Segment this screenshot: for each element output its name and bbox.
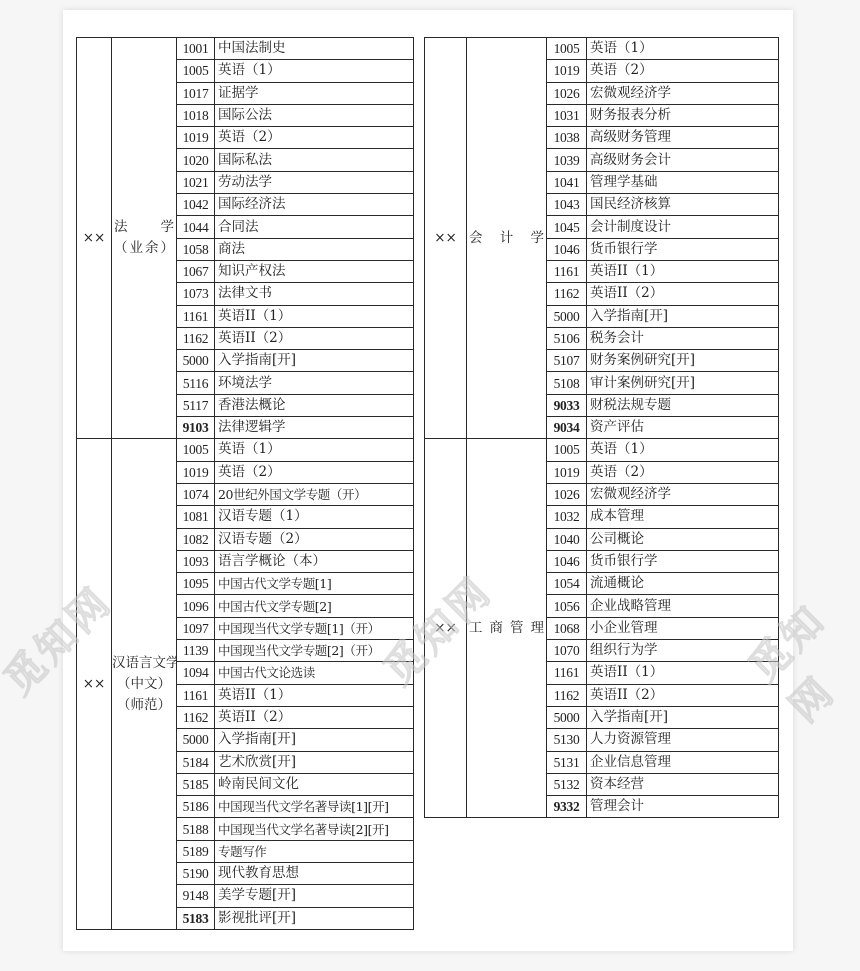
major-name-line: 法 学	[112, 217, 176, 238]
left-course-table: ××法 学（业余）1001中国法制史1005英语（1）1017证据学1018国际…	[76, 37, 414, 930]
course-code: 1161	[547, 260, 587, 282]
course-name: 宏微观经济学	[587, 82, 779, 104]
course-name: 国际私法	[215, 149, 414, 171]
course-code: 1001	[177, 38, 215, 60]
course-name: 高级财务管理	[587, 127, 779, 149]
course-code: 1095	[177, 573, 215, 595]
course-name: 英语（2）	[215, 461, 414, 483]
course-code: 1046	[547, 238, 587, 260]
course-name: 国民经济核算	[587, 194, 779, 216]
course-code: 1068	[547, 617, 587, 639]
course-name: 艺术欣赏[开]	[215, 751, 414, 773]
course-name: 流通概论	[587, 573, 779, 595]
document-page: ××法 学（业余）1001中国法制史1005英语（1）1017证据学1018国际…	[63, 10, 793, 951]
major-cell: 法 学（业余）	[112, 38, 177, 439]
major-name-line: 会 计 学	[467, 228, 546, 249]
course-name: 入学指南[开]	[587, 706, 779, 728]
course-code: 1054	[547, 573, 587, 595]
course-name: 英语II（1）	[215, 684, 414, 706]
table-row: ××汉语言文学（中文）（师范）1005英语（1）	[77, 439, 414, 461]
course-code: 1043	[547, 194, 587, 216]
course-name: 英语II（1）	[215, 305, 414, 327]
course-code: 1096	[177, 595, 215, 617]
right-course-table-body: ××会 计 学1005英语（1）1019英语（2）1026宏微观经济学1031财…	[425, 38, 779, 818]
course-name: 中国古代文学专题[1]	[215, 573, 414, 595]
course-code: 9103	[177, 417, 215, 439]
course-name: 管理学基础	[587, 171, 779, 193]
course-name: 英语（1）	[587, 439, 779, 461]
course-code: 1094	[177, 662, 215, 684]
table-row: ××会 计 学1005英语（1）	[425, 38, 779, 60]
course-name: 英语（1）	[215, 60, 414, 82]
course-name: 中国现当代文学名著导读[1][开]	[215, 796, 414, 818]
course-code: 1161	[547, 662, 587, 684]
course-name: 资本经营	[587, 773, 779, 795]
course-code: 1031	[547, 104, 587, 126]
course-code: 1019	[177, 127, 215, 149]
course-code: 1017	[177, 82, 215, 104]
course-code: 1093	[177, 550, 215, 572]
course-name: 现代教育思想	[215, 862, 414, 884]
course-name: 企业战略管理	[587, 595, 779, 617]
course-code: 5106	[547, 327, 587, 349]
table-row: ××法 学（业余）1001中国法制史	[77, 38, 414, 60]
major-name-line: （业余）	[112, 238, 176, 259]
course-name: 财务案例研究[开]	[587, 350, 779, 372]
course-name: 中国现当代文学名著导读[2][开]	[215, 818, 414, 840]
course-code: 5117	[177, 394, 215, 416]
course-code: 9034	[547, 417, 587, 439]
course-code: 1018	[177, 104, 215, 126]
course-name: 中国古代文论选读	[215, 662, 414, 684]
course-code: 1070	[547, 640, 587, 662]
course-code: 1097	[177, 617, 215, 639]
course-code: 5132	[547, 773, 587, 795]
school-cell: ××	[77, 38, 112, 439]
course-code: 1005	[177, 60, 215, 82]
major-cell: 汉语言文学（中文）（师范）	[112, 439, 177, 930]
course-code: 1161	[177, 305, 215, 327]
course-name: 组织行为学	[587, 640, 779, 662]
course-name: 英语II（1）	[587, 662, 779, 684]
course-code: 5130	[547, 729, 587, 751]
course-name: 会计制度设计	[587, 216, 779, 238]
course-code: 1162	[547, 684, 587, 706]
course-code: 5184	[177, 751, 215, 773]
course-code: 1082	[177, 528, 215, 550]
course-code: 1020	[177, 149, 215, 171]
course-name: 中国古代文学专题[2]	[215, 595, 414, 617]
course-code: 5108	[547, 372, 587, 394]
course-code: 1026	[547, 483, 587, 505]
course-name: 入学指南[开]	[215, 350, 414, 372]
course-code: 5000	[177, 350, 215, 372]
major-name-line: （中文）	[112, 674, 176, 695]
course-name: 环境法学	[215, 372, 414, 394]
course-code: 5107	[547, 350, 587, 372]
course-name: 美学专题[开]	[215, 885, 414, 907]
course-code: 5000	[177, 729, 215, 751]
course-name: 中国现当代文学专题[1]（开）	[215, 617, 414, 639]
course-code: 5189	[177, 840, 215, 862]
major-cell: 会 计 学	[467, 38, 547, 439]
right-course-table: ××会 计 学1005英语（1）1019英语（2）1026宏微观经济学1031财…	[424, 37, 779, 818]
course-name: 语言学概论（本）	[215, 550, 414, 572]
course-name: 英语II（2）	[587, 283, 779, 305]
course-code: 1039	[547, 149, 587, 171]
course-name: 英语II（2）	[215, 706, 414, 728]
course-name: 汉语专题（2）	[215, 528, 414, 550]
course-code: 1046	[547, 550, 587, 572]
school-cell: ××	[425, 38, 467, 439]
course-code: 9148	[177, 885, 215, 907]
course-name: 商法	[215, 238, 414, 260]
course-code: 5190	[177, 862, 215, 884]
course-code: 1162	[177, 327, 215, 349]
course-code: 1021	[177, 171, 215, 193]
course-code: 1005	[547, 439, 587, 461]
course-name: 岭南民间文化	[215, 773, 414, 795]
course-code: 1041	[547, 171, 587, 193]
course-name: 专题写作	[215, 840, 414, 862]
course-name: 法律文书	[215, 283, 414, 305]
course-code: 1005	[547, 38, 587, 60]
course-name: 人力资源管理	[587, 729, 779, 751]
course-name: 英语（1）	[215, 439, 414, 461]
course-code: 1162	[547, 283, 587, 305]
course-name: 货币银行学	[587, 238, 779, 260]
course-code: 1067	[177, 260, 215, 282]
course-code: 1045	[547, 216, 587, 238]
course-code: 1019	[547, 60, 587, 82]
course-name: 小企业管理	[587, 617, 779, 639]
course-name: 中国现当代文学专题[2]（开）	[215, 640, 414, 662]
course-name: 入学指南[开]	[587, 305, 779, 327]
course-name: 知识产权法	[215, 260, 414, 282]
course-name: 资产评估	[587, 417, 779, 439]
course-code: 1162	[177, 706, 215, 728]
course-name: 企业信息管理	[587, 751, 779, 773]
course-code: 1074	[177, 483, 215, 505]
course-code: 1040	[547, 528, 587, 550]
course-name: 汉语专题（1）	[215, 506, 414, 528]
course-code: 1044	[177, 216, 215, 238]
major-cell: 工商管理	[467, 439, 547, 818]
left-course-table-body: ××法 学（业余）1001中国法制史1005英语（1）1017证据学1018国际…	[77, 38, 414, 930]
course-name: 英语（2）	[587, 60, 779, 82]
major-name-line: 汉语言文学	[112, 653, 176, 674]
major-name-line: （师范）	[112, 695, 176, 716]
course-name: 入学指南[开]	[215, 729, 414, 751]
course-name: 财务报表分析	[587, 104, 779, 126]
course-name: 高级财务会计	[587, 149, 779, 171]
course-name: 影视批评[开]	[215, 907, 414, 929]
course-name: 香港法概论	[215, 394, 414, 416]
course-name: 成本管理	[587, 506, 779, 528]
course-code: 5131	[547, 751, 587, 773]
course-name: 英语（1）	[587, 38, 779, 60]
course-name: 中国法制史	[215, 38, 414, 60]
course-code: 1019	[177, 461, 215, 483]
course-name: 20世纪外国文学专题（开）	[215, 483, 414, 505]
course-code: 1056	[547, 595, 587, 617]
course-code: 1032	[547, 506, 587, 528]
course-code: 9332	[547, 796, 587, 818]
course-code: 5000	[547, 706, 587, 728]
course-name: 证据学	[215, 82, 414, 104]
course-code: 1042	[177, 194, 215, 216]
course-code: 1058	[177, 238, 215, 260]
course-code: 1026	[547, 82, 587, 104]
course-name: 国际公法	[215, 104, 414, 126]
course-code: 1038	[547, 127, 587, 149]
course-name: 宏微观经济学	[587, 483, 779, 505]
course-name: 英语（2）	[587, 461, 779, 483]
course-name: 法律逻辑学	[215, 417, 414, 439]
course-name: 英语II（2）	[587, 684, 779, 706]
course-name: 劳动法学	[215, 171, 414, 193]
course-name: 货币银行学	[587, 550, 779, 572]
course-code: 1073	[177, 283, 215, 305]
table-row: ××工商管理1005英语（1）	[425, 439, 779, 461]
course-name: 英语II（1）	[587, 260, 779, 282]
course-name: 合同法	[215, 216, 414, 238]
course-name: 英语（2）	[215, 127, 414, 149]
school-cell: ××	[425, 439, 467, 818]
course-name: 税务会计	[587, 327, 779, 349]
school-cell: ××	[77, 439, 112, 930]
course-code: 5116	[177, 372, 215, 394]
course-code: 1139	[177, 640, 215, 662]
course-name: 审计案例研究[开]	[587, 372, 779, 394]
course-name: 公司概论	[587, 528, 779, 550]
course-code: 5185	[177, 773, 215, 795]
course-code: 9033	[547, 394, 587, 416]
course-code: 1161	[177, 684, 215, 706]
course-code: 5188	[177, 818, 215, 840]
course-name: 英语II（2）	[215, 327, 414, 349]
course-code: 5000	[547, 305, 587, 327]
course-code: 1019	[547, 461, 587, 483]
major-name-line: 工商管理	[467, 618, 546, 639]
course-name: 国际经济法	[215, 194, 414, 216]
course-code: 1005	[177, 439, 215, 461]
course-code: 1081	[177, 506, 215, 528]
course-name: 财税法规专题	[587, 394, 779, 416]
course-code: 5183	[177, 907, 215, 929]
course-name: 管理会计	[587, 796, 779, 818]
course-code: 5186	[177, 796, 215, 818]
